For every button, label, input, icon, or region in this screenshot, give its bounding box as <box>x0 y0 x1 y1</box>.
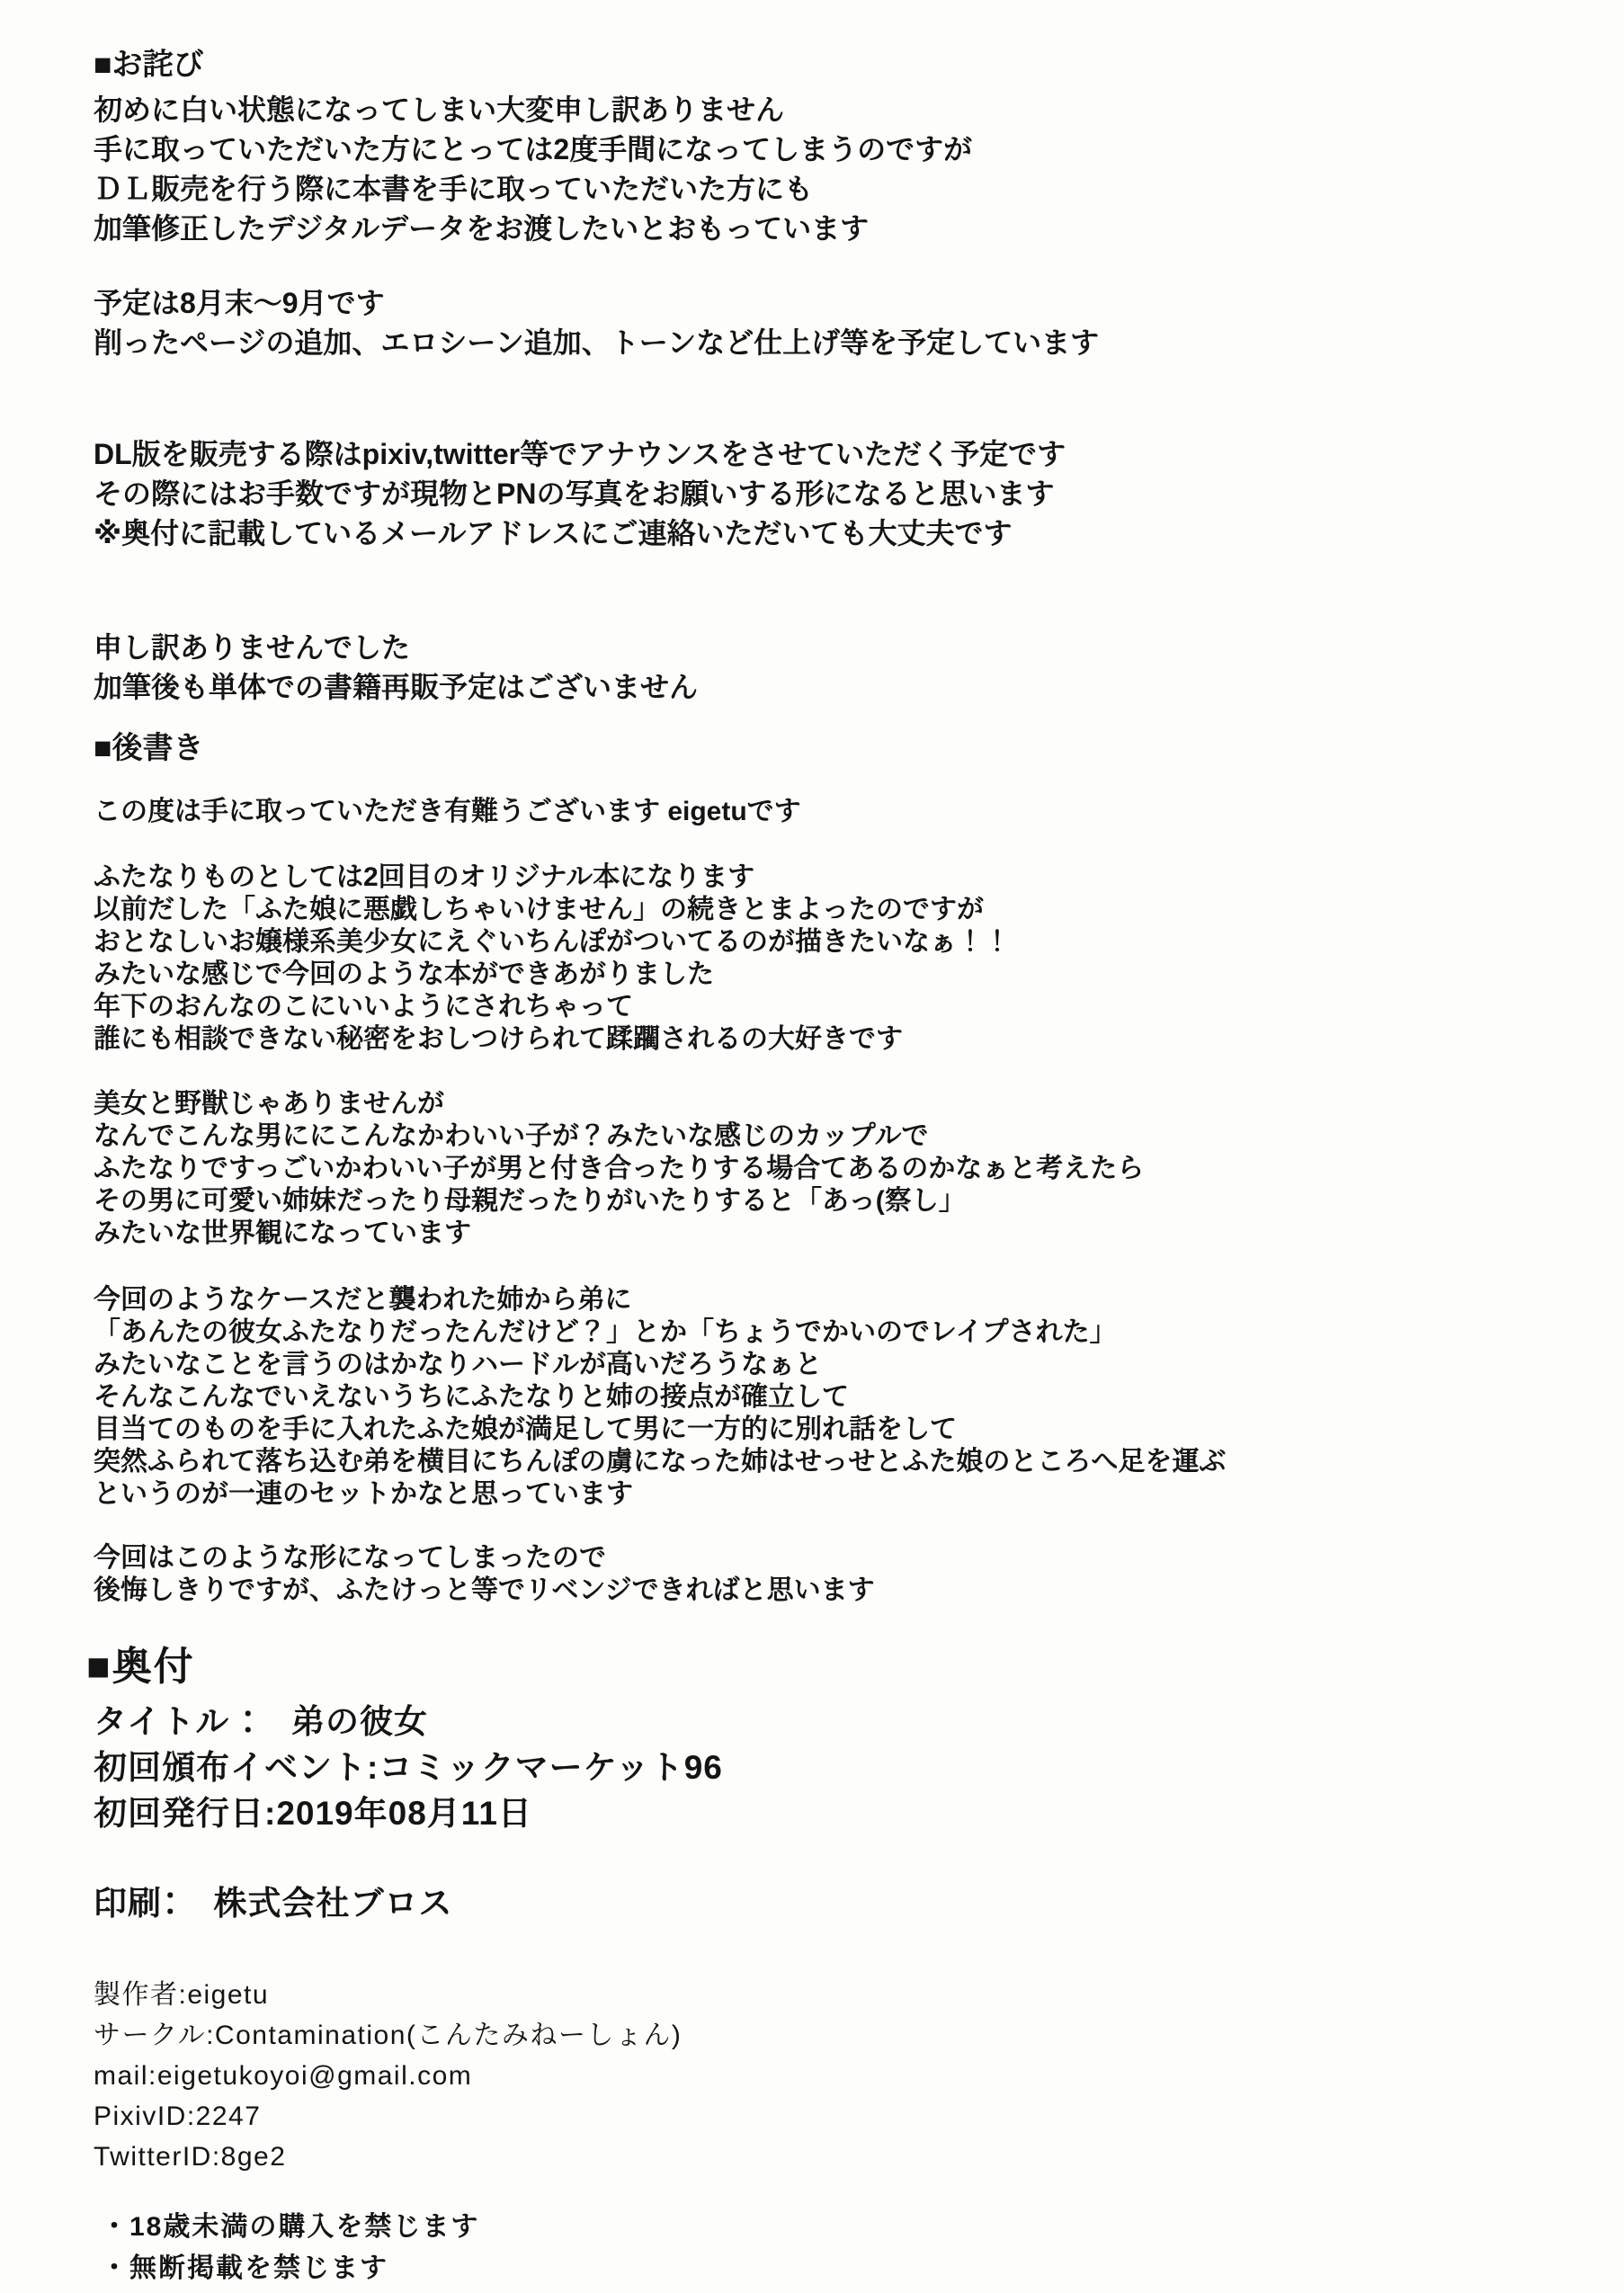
afterword-paragraph-1: この度は手に取っていただき有難うございます eigetuです <box>94 794 1597 830</box>
text-line: 後悔しきりですが、ふたけっと等でリベンジできればと思います <box>94 1575 1597 1607</box>
afterword-paragraph-5: 今回はこのような形になってしまったので 後悔しきりですが、ふたけっと等でリベンジ… <box>94 1542 1597 1607</box>
text-line: 予定は8月末〜9月です <box>94 283 1597 323</box>
text-line: というのが一連のセットかなと思っています <box>94 1478 1597 1511</box>
text-line: 年下のおんなのこにいいようにされちゃって <box>94 991 1597 1023</box>
afterword-paragraph-4: 今回のようなケースだと襲われた姉から弟に 「あんたの彼女ふたなりだったんだけど？… <box>94 1284 1597 1511</box>
age-restriction-notice: ・18歳未満の購入を禁じます <box>101 2207 1597 2248</box>
text-line: みたいなことを言うのはかなりハードルが高いだろうなぁと <box>94 1349 1597 1381</box>
text-line: なんでこんな男ににこんなかわいい子が？みたいな感じのカップルで <box>94 1120 1597 1153</box>
colophon-notices: ・18歳未満の購入を禁じます ・無断掲載を禁じます <box>101 2207 1597 2289</box>
text-line: 加筆修正したデジタルデータをお渡したいとおもっています <box>94 209 1597 248</box>
text-line: 手に取っていただいた方にとっては2度手間になってしまうのですが <box>94 129 1597 169</box>
apology-paragraph-4: 申し訳ありませんでした 加筆後も単体での書籍再販予定はございません <box>94 628 1597 707</box>
text-line: ※奥付に記載しているメールアドレスにご連絡いただいても大丈夫です <box>94 513 1597 553</box>
text-line: 申し訳ありませんでした <box>94 628 1597 667</box>
scanned-afterword-page: ■お詫び 初めに白い状態になってしまい大変申し訳ありません 手に取っていただいた… <box>0 0 1624 2293</box>
apology-heading: ■お詫び <box>94 45 1597 85</box>
text-line: 初めに白い状態になってしまい大変申し訳ありません <box>94 90 1597 129</box>
colophon-title-line: タイトル ： 弟の彼女 <box>94 1699 1597 1744</box>
text-line: 今回のようなケースだと襲われた姉から弟に <box>94 1284 1597 1316</box>
colophon-printer-line: 印刷： 株式会社ブロス <box>94 1880 1597 1927</box>
circle-name-line: サークル:Contamination(こんたみねーしょん) <box>94 2015 1597 2056</box>
colophon-creator-block: 製作者:eigetu サークル:Contamination(こんたみねーしょん)… <box>94 1975 1597 2177</box>
text-line: 加筆後も単体での書籍再販予定はございません <box>94 667 1597 707</box>
colophon-event-line: 初回頒布イベント:コミックマーケット96 <box>94 1744 1597 1790</box>
text-line: ふたなりですっごいかわいい子が男と付き合ったりする場合てあるのかなぁと考えたら <box>94 1153 1597 1185</box>
text-line: 美女と野獣じゃありませんが <box>94 1088 1597 1120</box>
colophon-date-line: 初回発行日:2019年08月11日 <box>94 1790 1597 1836</box>
twitter-id-line: TwitterID:8ge2 <box>94 2137 1597 2177</box>
creator-name-line: 製作者:eigetu <box>94 1975 1597 2015</box>
text-line: そんなこんなでいえないうちにふたなりと姉の接点が確立して <box>94 1381 1597 1414</box>
text-line: 目当てのものを手に入れたふた娘が満足して男に一方的に別れ話をして <box>94 1414 1597 1446</box>
text-line: 「あんたの彼女ふたなりだったんだけど？」とか「ちょうでかいのでレイプされた」 <box>94 1316 1597 1349</box>
text-line: みたいな世界観になっています <box>94 1218 1597 1250</box>
text-line: 以前だした「ふた娘に悪戯しちゃいけません」の続きとまよったのですが <box>94 894 1597 926</box>
text-line: DL版を販売する際はpixiv,twitter等でアナウンスをさせていただく予定… <box>94 434 1597 474</box>
afterword-heading: ■後書き <box>94 728 1597 768</box>
text-line: その男に可愛い姉妹だったり母親だったりがいたりすると「あっ(察し」 <box>94 1185 1597 1218</box>
mail-line: mail:eigetukoyoi@gmail.com <box>94 2056 1597 2096</box>
apology-paragraph-1: 初めに白い状態になってしまい大変申し訳ありません 手に取っていただいた方にとって… <box>94 90 1597 248</box>
apology-paragraph-2: 予定は8月末〜9月です 削ったページの追加、エロシーン追加、トーンなど仕上げ等を… <box>94 283 1597 362</box>
text-line: 今回はこのような形になってしまったので <box>94 1542 1597 1575</box>
text-line: みたいな感じで今回のような本ができあがりました <box>94 959 1597 991</box>
text-line: 誰にも相談できない秘密をおしつけられて蹂躙されるの大好きです <box>94 1023 1597 1056</box>
text-line: ＤＬ販売を行う際に本書を手に取っていただいた方にも <box>94 169 1597 209</box>
no-repost-notice: ・無断掲載を禁じます <box>101 2248 1597 2289</box>
colophon-heading: ■奥付 <box>86 1642 1597 1692</box>
text-line: 突然ふられて落ち込む弟を横目にちんぽの虜になった姉はせっせとふた娘のところへ足を… <box>94 1446 1597 1478</box>
pixiv-id-line: PixivID:2247 <box>94 2096 1597 2137</box>
text-line: おとなしいお嬢様系美少女にえぐいちんぽがついてるのが描きたいなぁ！！ <box>94 926 1597 959</box>
apology-paragraph-3: DL版を販売する際はpixiv,twitter等でアナウンスをさせていただく予定… <box>94 434 1597 553</box>
text-line: ふたなりものとしては2回目のオリジナル本になります <box>94 861 1597 894</box>
text-line: その際にはお手数ですが現物とPNの写真をお願いする形になると思います <box>94 474 1597 513</box>
afterword-paragraph-2: ふたなりものとしては2回目のオリジナル本になります 以前だした「ふた娘に悪戯しち… <box>94 861 1597 1056</box>
colophon-main-block: タイトル ： 弟の彼女 初回頒布イベント:コミックマーケット96 初回発行日:2… <box>94 1699 1597 1836</box>
text-line: 削ったページの追加、エロシーン追加、トーンなど仕上げ等を予定しています <box>94 323 1597 362</box>
afterword-paragraph-3: 美女と野獣じゃありませんが なんでこんな男ににこんなかわいい子が？みたいな感じの… <box>94 1088 1597 1250</box>
text-line: この度は手に取っていただき有難うございます eigetuです <box>94 794 1597 830</box>
colophon-print-block: 印刷： 株式会社ブロス <box>94 1880 1597 1927</box>
